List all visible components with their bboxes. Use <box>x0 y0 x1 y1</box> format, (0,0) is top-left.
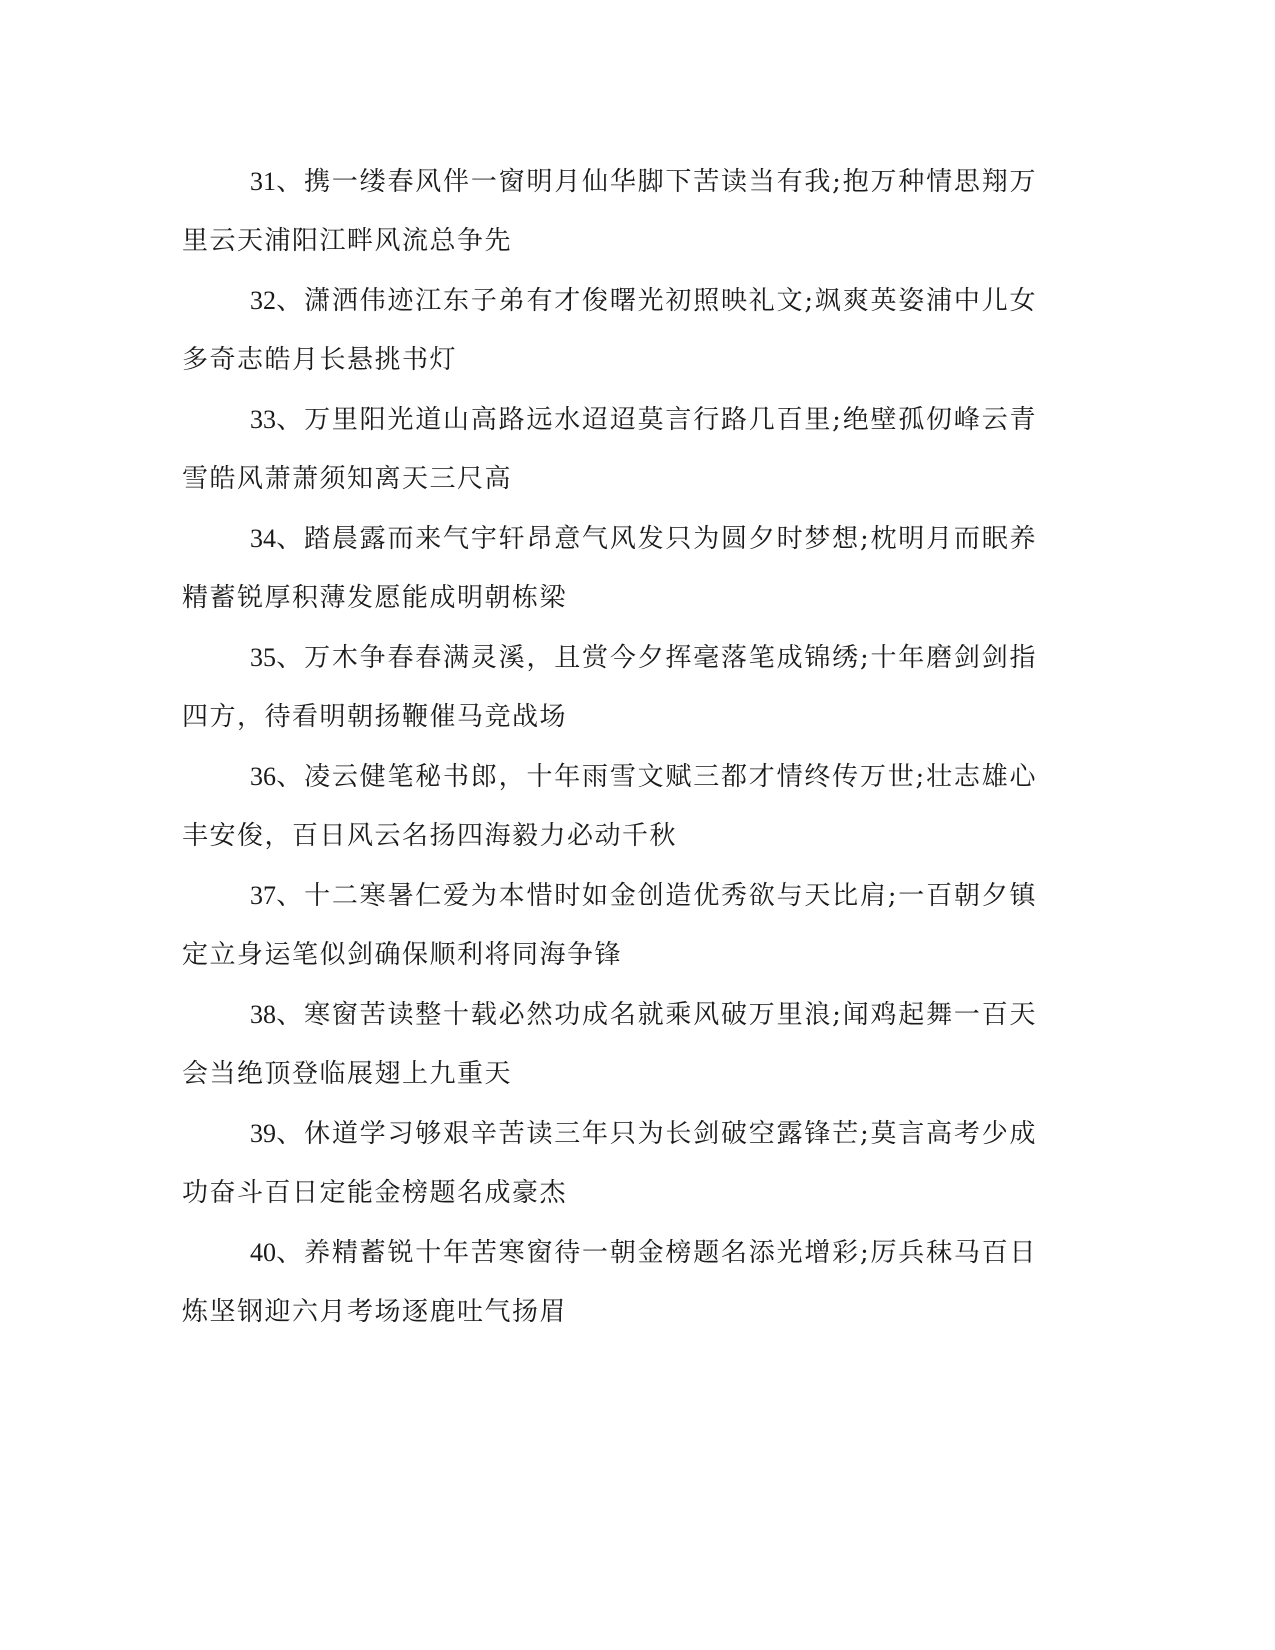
paragraph-separator: 、 <box>276 524 304 554</box>
document-body: 31、携一缕春风伴一窗明月仙华脚下苦读当有我;抱万种情思翔万里云天浦阳江畔风流总… <box>182 152 1037 1342</box>
paragraph-separator: 、 <box>276 167 304 197</box>
paragraph-number: 33 <box>250 405 276 434</box>
paragraph-39: 39、休道学习够艰辛苦读三年只为长剑破空露锋芒;莫言高考少成功奋斗百日定能金榜题… <box>182 1104 1037 1223</box>
paragraph-number: 40 <box>250 1238 276 1267</box>
paragraph-separator: 、 <box>276 643 304 673</box>
paragraph-text: 万木争春春满灵溪，且赏今夕挥毫落笔成锦绣;十年磨剑剑指四方，待看明朝扬鞭催马竞战… <box>182 643 1037 732</box>
paragraph-38: 38、寒窗苦读整十载必然功成名就乘风破万里浪;闻鸡起舞一百天会当绝顶登临展翅上九… <box>182 985 1037 1104</box>
paragraph-separator: 、 <box>276 286 304 316</box>
paragraph-separator: 、 <box>276 881 304 911</box>
paragraph-text: 潇洒伟迹江东子弟有才俊曙光初照映礼文;飒爽英姿浦中儿女多奇志皓月长悬挑书灯 <box>182 286 1037 375</box>
paragraph-number: 37 <box>250 881 276 910</box>
paragraph-separator: 、 <box>276 762 304 792</box>
paragraph-number: 31 <box>250 167 276 196</box>
paragraph-text: 踏晨露而来气宇轩昂意气风发只为圆夕时梦想;枕明月而眠养精蓄锐厚积薄发愿能成明朝栋… <box>182 524 1037 613</box>
paragraph-40: 40、养精蓄锐十年苦寒窗待一朝金榜题名添光增彩;厉兵秣马百日炼坚钢迎六月考场逐鹿… <box>182 1223 1037 1342</box>
paragraph-separator: 、 <box>276 1238 304 1268</box>
paragraph-separator: 、 <box>276 1119 304 1149</box>
paragraph-text: 万里阳光道山高路远水迢迢莫言行路几百里;绝壁孤仞峰云青雪皓风萧萧须知离天三尺高 <box>182 405 1037 494</box>
paragraph-text: 寒窗苦读整十载必然功成名就乘风破万里浪;闻鸡起舞一百天会当绝顶登临展翅上九重天 <box>182 1000 1037 1089</box>
paragraph-number: 38 <box>250 1000 276 1029</box>
paragraph-text: 休道学习够艰辛苦读三年只为长剑破空露锋芒;莫言高考少成功奋斗百日定能金榜题名成豪… <box>182 1119 1037 1208</box>
paragraph-number: 39 <box>250 1119 276 1148</box>
paragraph-number: 35 <box>250 643 276 672</box>
paragraph-text: 凌云健笔秘书郎，十年雨雪文赋三都才情终传万世;壮志雄心丰安俊，百日风云名扬四海毅… <box>182 762 1037 851</box>
paragraph-text: 养精蓄锐十年苦寒窗待一朝金榜题名添光增彩;厉兵秣马百日炼坚钢迎六月考场逐鹿吐气扬… <box>182 1238 1037 1327</box>
paragraph-34: 34、踏晨露而来气宇轩昂意气风发只为圆夕时梦想;枕明月而眠养精蓄锐厚积薄发愿能成… <box>182 509 1037 628</box>
paragraph-text: 携一缕春风伴一窗明月仙华脚下苦读当有我;抱万种情思翔万里云天浦阳江畔风流总争先 <box>182 167 1037 256</box>
paragraph-number: 32 <box>250 286 276 315</box>
paragraph-37: 37、十二寒暑仁爱为本惜时如金创造优秀欲与天比肩;一百朝夕镇定立身运笔似剑确保顺… <box>182 866 1037 985</box>
paragraph-separator: 、 <box>276 1000 304 1030</box>
paragraph-36: 36、凌云健笔秘书郎，十年雨雪文赋三都才情终传万世;壮志雄心丰安俊，百日风云名扬… <box>182 747 1037 866</box>
paragraph-number: 36 <box>250 762 276 791</box>
paragraph-35: 35、万木争春春满灵溪，且赏今夕挥毫落笔成锦绣;十年磨剑剑指四方，待看明朝扬鞭催… <box>182 628 1037 747</box>
paragraph-number: 34 <box>250 524 276 553</box>
paragraph-32: 32、潇洒伟迹江东子弟有才俊曙光初照映礼文;飒爽英姿浦中儿女多奇志皓月长悬挑书灯 <box>182 271 1037 390</box>
paragraph-31: 31、携一缕春风伴一窗明月仙华脚下苦读当有我;抱万种情思翔万里云天浦阳江畔风流总… <box>182 152 1037 271</box>
paragraph-separator: 、 <box>276 405 304 435</box>
paragraph-text: 十二寒暑仁爱为本惜时如金创造优秀欲与天比肩;一百朝夕镇定立身运笔似剑确保顺利将同… <box>182 881 1037 970</box>
paragraph-33: 33、万里阳光道山高路远水迢迢莫言行路几百里;绝壁孤仞峰云青雪皓风萧萧须知离天三… <box>182 390 1037 509</box>
